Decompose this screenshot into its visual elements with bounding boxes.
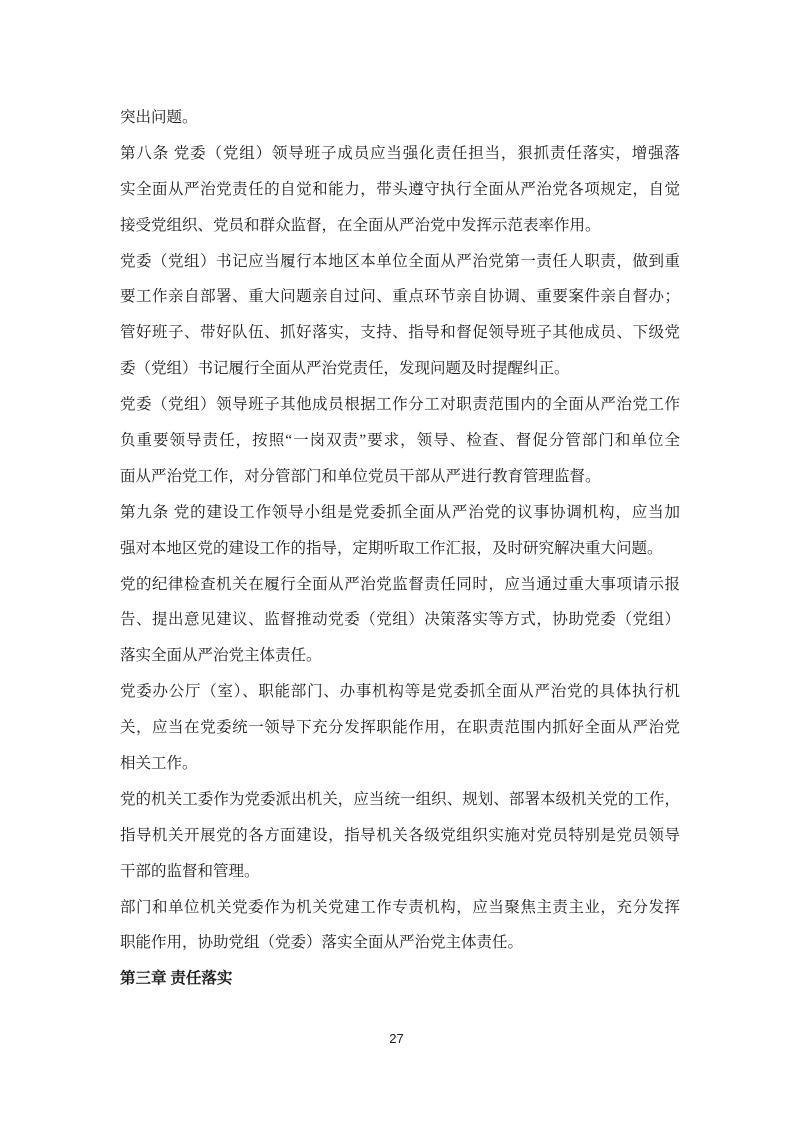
text-line: 告、提出意见建议、监督推动党委（党组）决策落实等方式，协助党委（党组） — [120, 602, 680, 638]
text-line: 管好班子、带好队伍、抓好落实，支持、指导和督促领导班子其他成员、下级党 — [120, 315, 680, 351]
page-number: 27 — [389, 1031, 403, 1046]
document-page: 突出问题。第八条 党委（党组）领导班子成员应当强化责任担当，狠抓责任落实，增强落… — [0, 0, 793, 1122]
text-line: 面从严治党工作，对分管部门和单位党员干部从严进行教育管理监督。 — [120, 459, 680, 495]
text-line: 党的机关工委作为党委派出机关，应当统一组织、规划、部署本级机关党的工作， — [120, 782, 680, 818]
text-line: 相关工作。 — [120, 746, 680, 782]
text-line: 职能作用，协助党组（党委）落实全面从严治党主体责任。 — [120, 925, 680, 961]
text-line: 接受党组织、党员和群众监督，在全面从严治党中发挥示范表率作用。 — [120, 208, 680, 244]
text-line: 突出问题。 — [120, 100, 680, 136]
text-line: 委（党组）书记履行全面从严治党责任，发现问题及时提醒纠正。 — [120, 351, 680, 387]
document-lines: 突出问题。第八条 党委（党组）领导班子成员应当强化责任担当，狠抓责任落实，增强落… — [120, 100, 680, 997]
text-line: 负重要领导责任，按照“一岗双责”要求，领导、检查、督促分管部门和单位全 — [120, 423, 680, 459]
text-line: 落实全面从严治党主体责任。 — [120, 638, 680, 674]
text-line: 党委（党组）书记应当履行本地区本单位全面从严治党第一责任人职责，做到重 — [120, 244, 680, 280]
text-line: 强对本地区党的建设工作的指导，定期听取工作汇报，及时研究解决重大问题。 — [120, 531, 680, 567]
chapter-heading: 第三章 责任落实 — [120, 961, 680, 997]
page-footer: 27 — [0, 1030, 793, 1048]
text-line: 第八条 党委（党组）领导班子成员应当强化责任担当，狠抓责任落实，增强落 — [120, 136, 680, 172]
text-line: 指导机关开展党的各方面建设，指导机关各级党组织实施对党员特别是党员领导 — [120, 818, 680, 854]
text-line: 部门和单位机关党委作为机关党建工作专责机构，应当聚焦主责主业，充分发挥 — [120, 890, 680, 926]
text-line: 党的纪律检查机关在履行全面从严治党监督责任同时，应当通过重大事项请示报 — [120, 567, 680, 603]
text-line: 实全面从严治党责任的自觉和能力，带头遵守执行全面从严治党各项规定，自觉 — [120, 172, 680, 208]
text-line: 党委（党组）领导班子其他成员根据工作分工对职责范围内的全面从严治党工作 — [120, 387, 680, 423]
text-line: 第九条 党的建设工作领导小组是党委抓全面从严治党的议事协调机构，应当加 — [120, 495, 680, 531]
text-line: 要工作亲自部署、重大问题亲自过问、重点环节亲自协调、重要案件亲自督办； — [120, 279, 680, 315]
text-line: 干部的监督和管理。 — [120, 854, 680, 890]
text-line: 党委办公厅（室）、职能部门、办事机构等是党委抓全面从严治党的具体执行机 — [120, 674, 680, 710]
text-line: 关，应当在党委统一领导下充分发挥职能作用，在职责范围内抓好全面从严治党 — [120, 710, 680, 746]
